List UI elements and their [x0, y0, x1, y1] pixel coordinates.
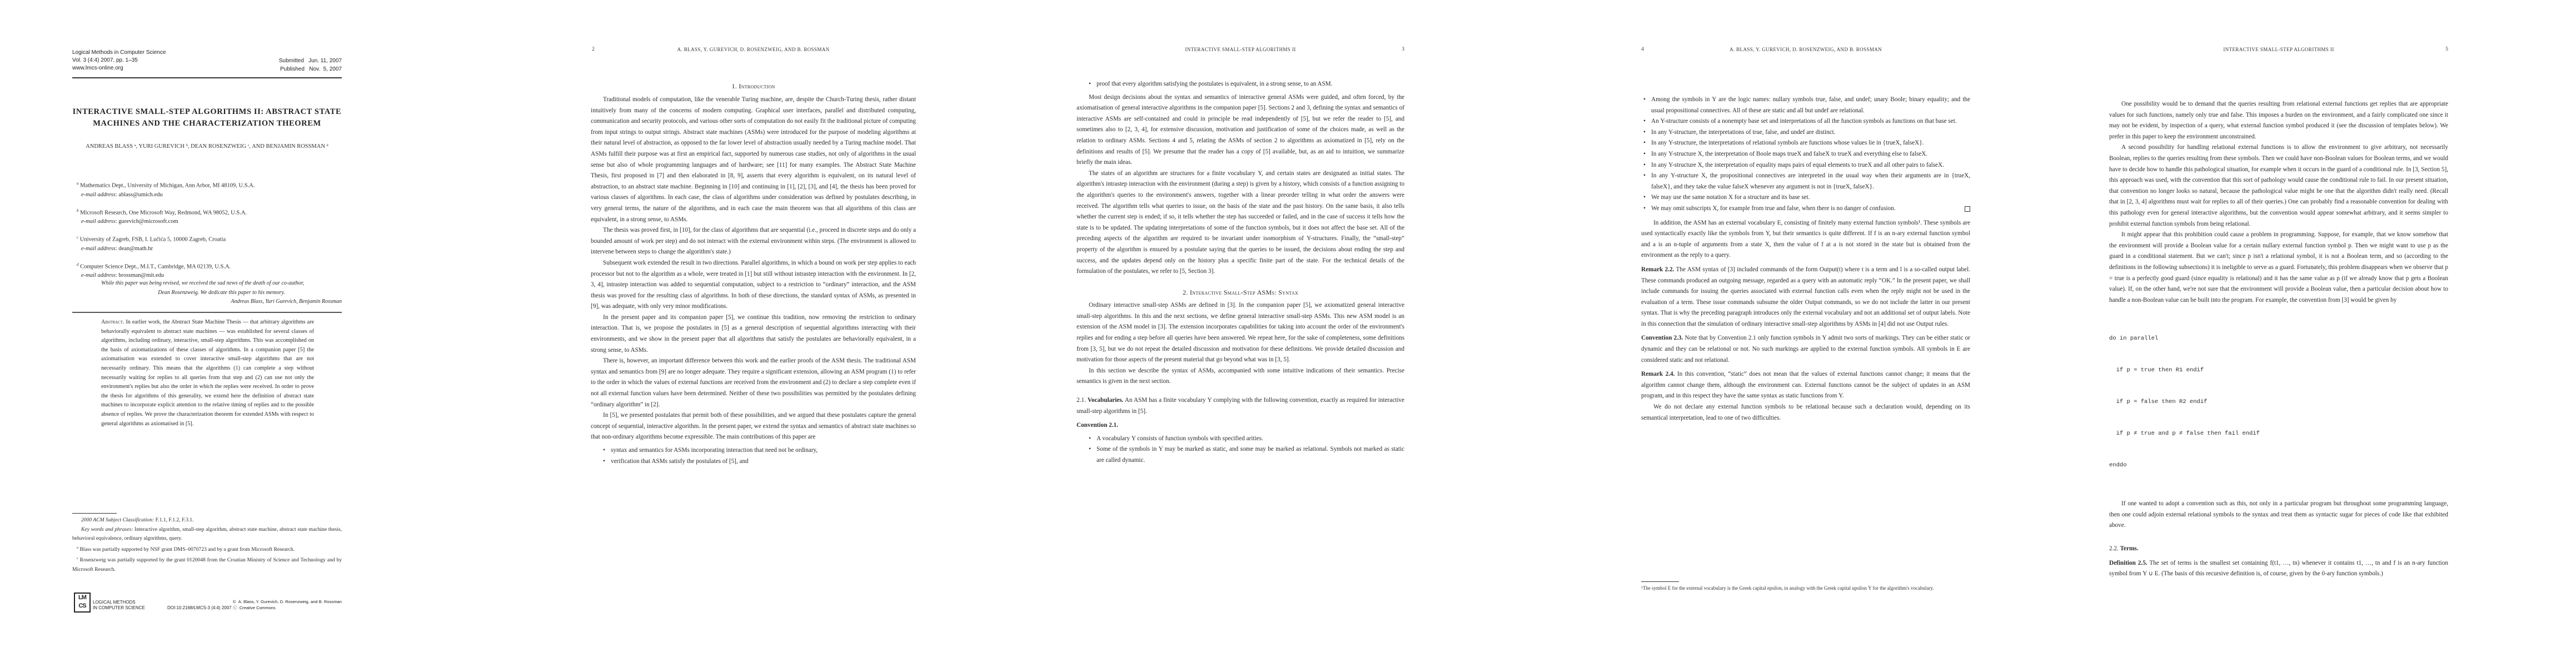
paragraph: One possibility would be to demand that … [2109, 99, 2448, 142]
affiliation-b: b Microsoft Research, One Microsoft Way,… [77, 206, 338, 227]
lmcs-logo: LMCS [74, 593, 91, 613]
page-3: INTERACTIVE SMALL-STEP ALGORITHMS II 3 p… [1077, 0, 1404, 667]
paragraph: The thesis was proved first, in [10], fo… [591, 225, 916, 258]
subsection-title: Terms. [2120, 545, 2139, 552]
journal-volume: Vol. 3 (4:4) 2007, pp. 1–35 [72, 57, 166, 64]
paragraph: In this section we describe the syntax o… [1077, 366, 1404, 387]
submission-dates: Submitted Jun. 11, 2007 Published Nov. 5… [279, 57, 342, 73]
list-item: We may omit subscripts X, for example fr… [1651, 203, 1970, 215]
list-item: verification that ASMs satisfy the postu… [611, 456, 916, 467]
affiliation-c: c University of Zagreb, FSB, I. Lučića 5… [77, 233, 338, 253]
doi[interactable]: DOI:10.2168/LMCS-3 (4:4) 2007 [167, 605, 232, 610]
list-item: syntax and semantics for ASMs incorporat… [611, 445, 916, 456]
page-number: 3 [1402, 47, 1404, 52]
paragraph: Traditional models of computation, like … [591, 94, 916, 225]
remark-2-2: Remark 2.2. The ASM syntax of [3] includ… [1641, 265, 1970, 330]
paragraph: There is, however, an important differen… [591, 356, 916, 410]
convention-list: A vocabulary Υ consists of function symb… [1077, 434, 1404, 466]
affiliation-d: d Computer Science Dept., M.I.T., Cambri… [77, 260, 338, 281]
body-text: proof that every algorithm satisfying th… [1077, 79, 1404, 469]
contributions-list: syntax and semantics for ASMs incorporat… [591, 445, 916, 467]
copyright-block: © A. Blass, Y. Gurevich, D. Rosenzweig, … [233, 599, 342, 611]
contributions-list-cont: proof that every algorithm satisfying th… [1077, 79, 1404, 90]
list-item: A vocabulary Υ consists of function symb… [1097, 434, 1404, 445]
abstract-rule [72, 312, 342, 313]
list-item: proof that every algorithm satisfying th… [1097, 79, 1404, 90]
list-item: In any Υ-structure X, the interpretation… [1651, 149, 1970, 160]
abstract: Abstract. In earlier work, the Abstract … [101, 318, 314, 429]
published-label: Published [280, 66, 305, 72]
abstract-label: Abstract. [101, 319, 124, 325]
page-number: 5 [2445, 47, 2448, 52]
paragraph: It might appear that this prohibition co… [2109, 230, 2448, 306]
paragraph: Most design decisions about the syntax a… [1077, 92, 1404, 168]
list-item: In any Υ-structure, the interpretations … [1651, 127, 1970, 138]
page-4: 4 A. BLASS, Y. GUREVICH, D. ROSENZWEIG, … [1641, 0, 1970, 667]
journal-url[interactable]: www.lmcs-online.org [72, 64, 166, 72]
published-date: Nov. 5, 2007 [309, 66, 342, 72]
affiliations: a Mathematics Dept., University of Michi… [77, 179, 338, 280]
paragraph: We do not declare any external function … [1641, 402, 1970, 424]
logo-text: LOGICAL METHODS IN COMPUTER SCIENCE [93, 600, 145, 610]
creative-commons-icon: ⓒ [233, 605, 237, 610]
paragraph: Subsequent work extended the result in t… [591, 258, 916, 312]
paragraph: If one wanted to adopt a convention such… [2109, 499, 2448, 531]
paragraph: The states of an algorithm are structure… [1077, 168, 1404, 277]
running-head: A. BLASS, Y. GUREVICH, D. ROSENZWEIG, AN… [591, 47, 916, 52]
body-text: Traditional models of computation, like … [591, 94, 916, 469]
section-title: 2. Interactive Small-Step ASMs: Syntax [1077, 287, 1404, 298]
footnote-rule [1641, 581, 1679, 582]
code-block: do in parallel if p = true then R1 endif… [2109, 312, 2448, 492]
footnotes: 2000 ACM Subject Classification: F.1.1, … [72, 516, 342, 574]
page-2: 2 A. BLASS, Y. GUREVICH, D. ROSENZWEIG, … [591, 0, 916, 667]
copyright-icon: © [233, 599, 236, 604]
list-item: In any Υ-structure X, the propositional … [1651, 171, 1970, 192]
paragraph: In addition, the ASM has an external voc… [1641, 218, 1970, 261]
running-head: INTERACTIVE SMALL-STEP ALGORITHMS II [1077, 47, 1404, 52]
subsection-vocabularies: 2.1. Vocabularies. An ASM has a finite v… [1077, 395, 1404, 417]
body-text: Among the symbols in Υ are the logic nam… [1641, 94, 1970, 424]
list-item: Some of the symbols in Υ may be marked a… [1097, 444, 1404, 466]
qed-box [1965, 206, 1970, 212]
submitted-date: Jun. 11, 2007 [308, 58, 342, 64]
email-link[interactable]: brossman@mit.edu [118, 272, 164, 278]
convention-list-cont: Among the symbols in Υ are the logic nam… [1641, 94, 1970, 215]
dedication: While this paper was being revised, we r… [101, 279, 342, 307]
affiliation-a: a Mathematics Dept., University of Michi… [77, 179, 338, 200]
author-list: ANDREAS BLASS ᵃ, YURI GUREVICH ᵇ, DEAN R… [72, 143, 342, 150]
convention-2-3: Convention 2.3. Note that by Convention … [1641, 333, 1970, 366]
email-link[interactable]: dean@math.hr [118, 246, 153, 252]
paragraph: Ordinary interactive small-step ASMs are… [1077, 300, 1404, 366]
submitted-label: Submitted [279, 58, 304, 64]
remark-2-4: Remark 2.4. In this convention, “static”… [1641, 369, 1970, 402]
abstract-text: In earlier work, the Abstract State Mach… [101, 319, 314, 427]
list-item: In any Υ-structure, the interpretations … [1651, 138, 1970, 149]
paragraph: In [5], we presented postulates that per… [591, 410, 916, 443]
footnote-rule [72, 513, 117, 514]
footnote: ¹The symbol E for the external vocabular… [1641, 584, 1970, 593]
email-link[interactable]: ablass@umich.edu [118, 192, 162, 198]
convention-title: Convention 2.1. [1077, 420, 1404, 431]
list-item: We may use the same notation X for a str… [1651, 192, 1970, 203]
header-rule [72, 77, 342, 78]
definition-2-5: Definition 2.5. The set of terms is the … [2109, 558, 2448, 580]
list-item: In any Υ-structure X, the interpretation… [1651, 160, 1970, 171]
paragraph: In the present paper and its companion p… [591, 312, 916, 356]
page-5: INTERACTIVE SMALL-STEP ALGORITHMS II 5 O… [2109, 0, 2448, 667]
page-1: Logical Methods in Computer Science Vol.… [72, 0, 342, 667]
email-link[interactable]: gurevich@microsoft.com [118, 218, 178, 225]
journal-info: Logical Methods in Computer Science Vol.… [72, 49, 166, 72]
subsection-terms: 2.2. Terms. [2109, 544, 2448, 555]
journal-name: Logical Methods in Computer Science [72, 49, 166, 57]
running-head: A. BLASS, Y. GUREVICH, D. ROSENZWEIG, AN… [1641, 47, 1970, 52]
body-text: One possibility would be to demand that … [2109, 99, 2448, 580]
running-head: INTERACTIVE SMALL-STEP ALGORITHMS II [2109, 47, 2448, 52]
paragraph: A second possibility for handling relati… [2109, 142, 2448, 230]
subsection-title: Vocabularies. [1088, 397, 1124, 404]
list-item: An Υ-structure consists of a nonempty ba… [1651, 116, 1970, 127]
section-title: 1. Introduction [591, 82, 916, 91]
list-item: Among the symbols in Υ are the logic nam… [1651, 94, 1970, 116]
paper-title: INTERACTIVE SMALL-STEP ALGORITHMS II: AB… [72, 106, 342, 130]
